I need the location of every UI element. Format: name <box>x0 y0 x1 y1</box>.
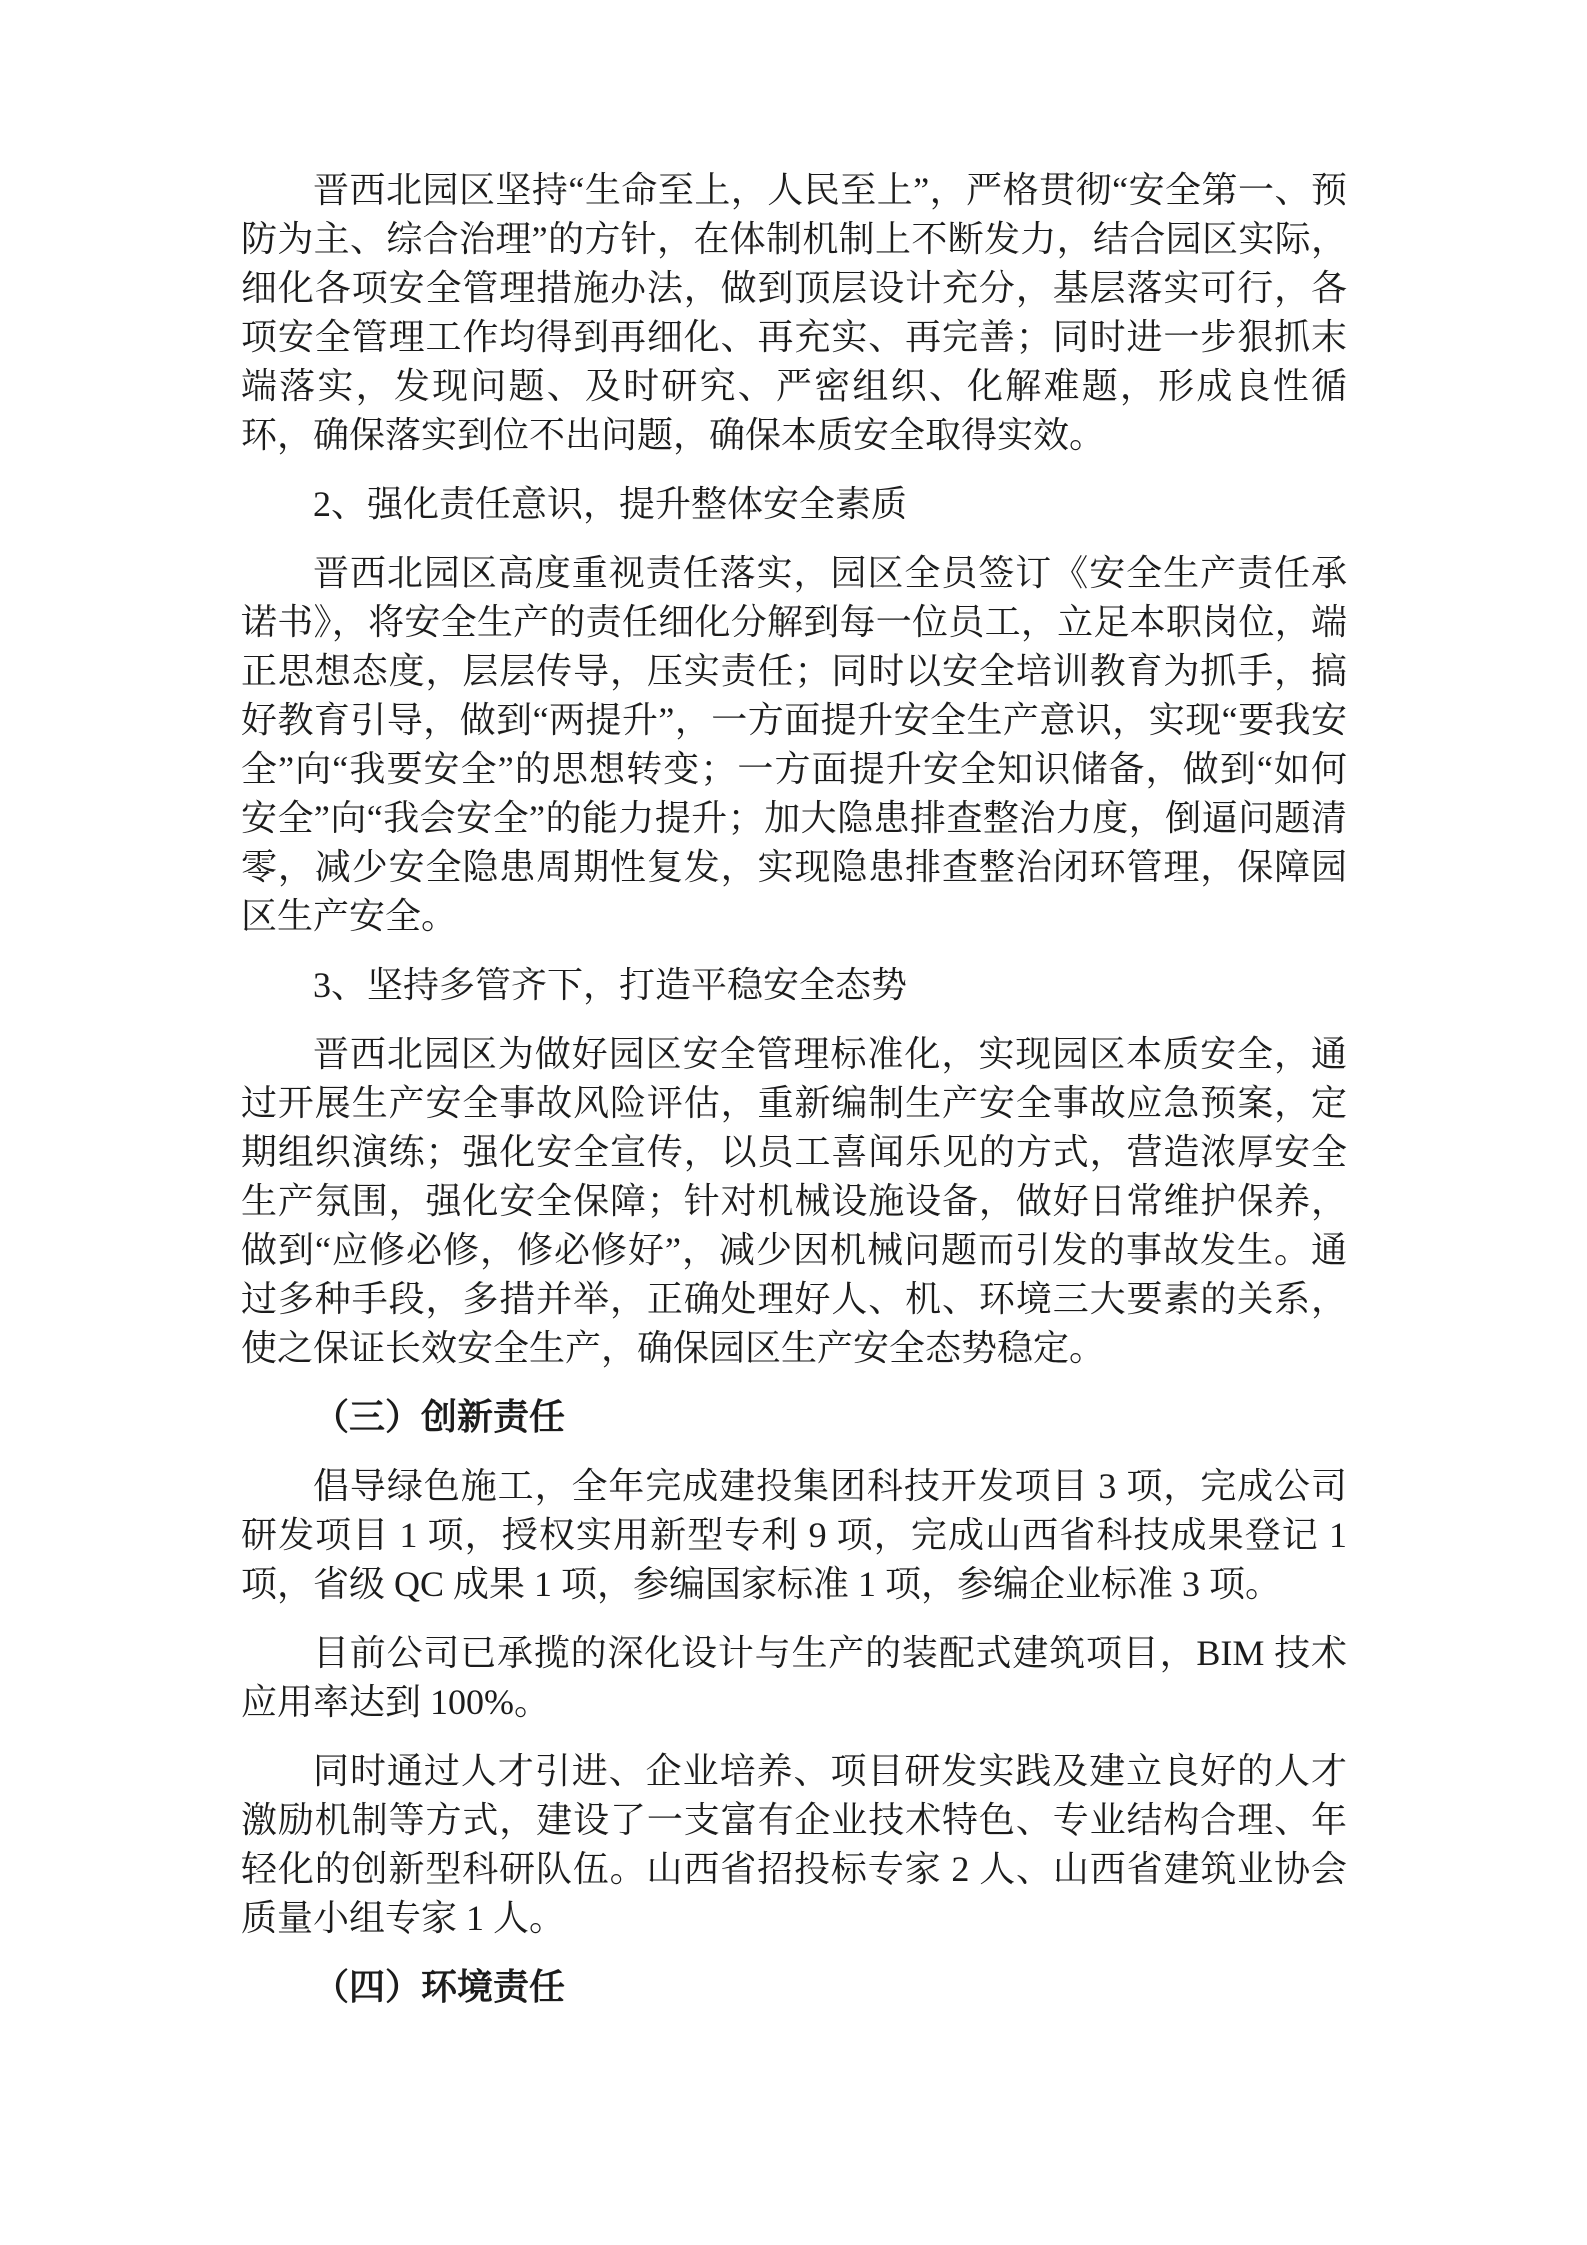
paragraph-green-construction-achievements: 倡导绿色施工，全年完成建投集团科技开发项目 3 项，完成公司研发项目 1 项，授… <box>241 1462 1347 1609</box>
paragraph-safety-standardization: 晋西北园区为做好园区安全管理标准化，实现园区本质安全，通过开展生产安全事故风险评… <box>241 1030 1347 1373</box>
subheading-3-multi-pronged-approach: 3、坚持多管齐下，打造平稳安全态势 <box>241 961 1347 1010</box>
paragraph-responsibility-implementation: 晋西北园区高度重视责任落实，园区全员签订《安全生产责任承诺书》，将安全生产的责任… <box>241 549 1347 941</box>
subheading-2-responsibility-awareness: 2、强化责任意识，提升整体安全素质 <box>241 480 1347 529</box>
document-page: 晋西北园区坚持“生命至上，人民至上”，严格贯彻“安全第一、预防为主、综合治理”的… <box>0 0 1587 2245</box>
paragraph-safety-mechanism: 晋西北园区坚持“生命至上，人民至上”，严格贯彻“安全第一、预防为主、综合治理”的… <box>241 166 1347 460</box>
paragraph-talent-development: 同时通过人才引进、企业培养、项目研发实践及建立良好的人才激励机制等方式，建设了一… <box>241 1747 1347 1943</box>
document-text-block: 晋西北园区坚持“生命至上，人民至上”，严格贯彻“安全第一、预防为主、综合治理”的… <box>241 166 1347 2012</box>
paragraph-bim-application-rate: 目前公司已承揽的深化设计与生产的装配式建筑项目，BIM 技术应用率达到 100%… <box>241 1629 1347 1727</box>
section-heading-innovation-responsibility: （三）创新责任 <box>241 1393 1347 1442</box>
section-heading-environment-responsibility: （四）环境责任 <box>241 1963 1347 2012</box>
